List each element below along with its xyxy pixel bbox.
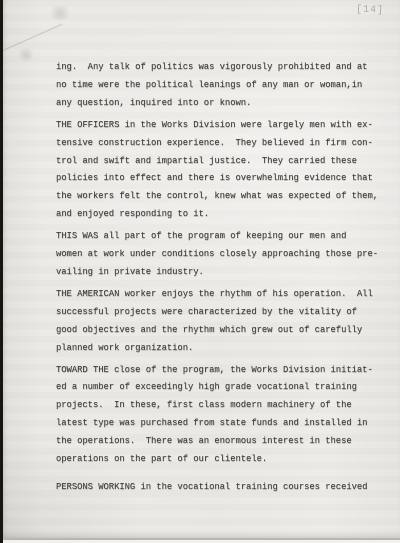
- text-line: TOWARD THE close of the program, the Wor…: [56, 362, 386, 380]
- typewritten-text-block: ing. Any talk of politics was vigorously…: [56, 59, 386, 501]
- paragraph: ing. Any talk of politics was vigorously…: [56, 59, 386, 113]
- text-line: projects. In these, first class modern m…: [56, 397, 386, 415]
- paragraph: PERSONS WORKING in the vocational traini…: [56, 479, 386, 497]
- text-line: operations on the part of our clientele.: [56, 451, 386, 469]
- text-line: vailing in private industry.: [56, 264, 386, 282]
- text-line: ed a number of exceedingly high grade vo…: [56, 379, 386, 397]
- text-line: good objectives and the rhythm which gre…: [56, 322, 386, 340]
- scan-edge-strip: [0, 0, 3, 543]
- text-line: successful projects were characterized b…: [56, 304, 386, 322]
- document-page: [14] ing. Any talk of politics was vigor…: [3, 0, 400, 540]
- text-line: THE OFFICERS in the Works Division were …: [56, 117, 386, 135]
- text-line: tensive construction experience. They be…: [56, 135, 386, 153]
- paragraph: THE OFFICERS in the Works Division were …: [56, 117, 386, 224]
- text-line: PERSONS WORKING in the vocational traini…: [56, 479, 386, 497]
- text-line: the workers felt the control, knew what …: [56, 188, 386, 206]
- text-line: policies into effect and there is overwh…: [56, 170, 386, 188]
- text-line: no time were the political leanings of a…: [56, 77, 386, 95]
- page-number-mark: [14]: [356, 5, 384, 17]
- paragraph: THIS WAS all part of the program of keep…: [56, 228, 386, 282]
- smudge-mark: [47, 6, 73, 20]
- paragraph: THE AMERICAN worker enjoys the rhythm of…: [56, 286, 386, 358]
- text-line: the operations. There was an enormous in…: [56, 433, 386, 451]
- text-line: trol and swift and impartial justice. Th…: [56, 153, 386, 171]
- text-line: women at work under conditions closely a…: [56, 246, 386, 264]
- paragraph: TOWARD THE close of the program, the Wor…: [56, 362, 386, 469]
- text-line: latest type was purchased from state fun…: [56, 415, 386, 433]
- text-line: planned work organization.: [56, 340, 386, 358]
- text-line: THE AMERICAN worker enjoys the rhythm of…: [56, 286, 386, 304]
- smudge-mark: [17, 48, 35, 62]
- text-line: THIS WAS all part of the program of keep…: [56, 228, 386, 246]
- text-line: ing. Any talk of politics was vigorously…: [56, 59, 386, 77]
- text-line: and enjoyed responding to it.: [56, 206, 386, 224]
- text-line: any question, inquired into or known.: [56, 95, 386, 113]
